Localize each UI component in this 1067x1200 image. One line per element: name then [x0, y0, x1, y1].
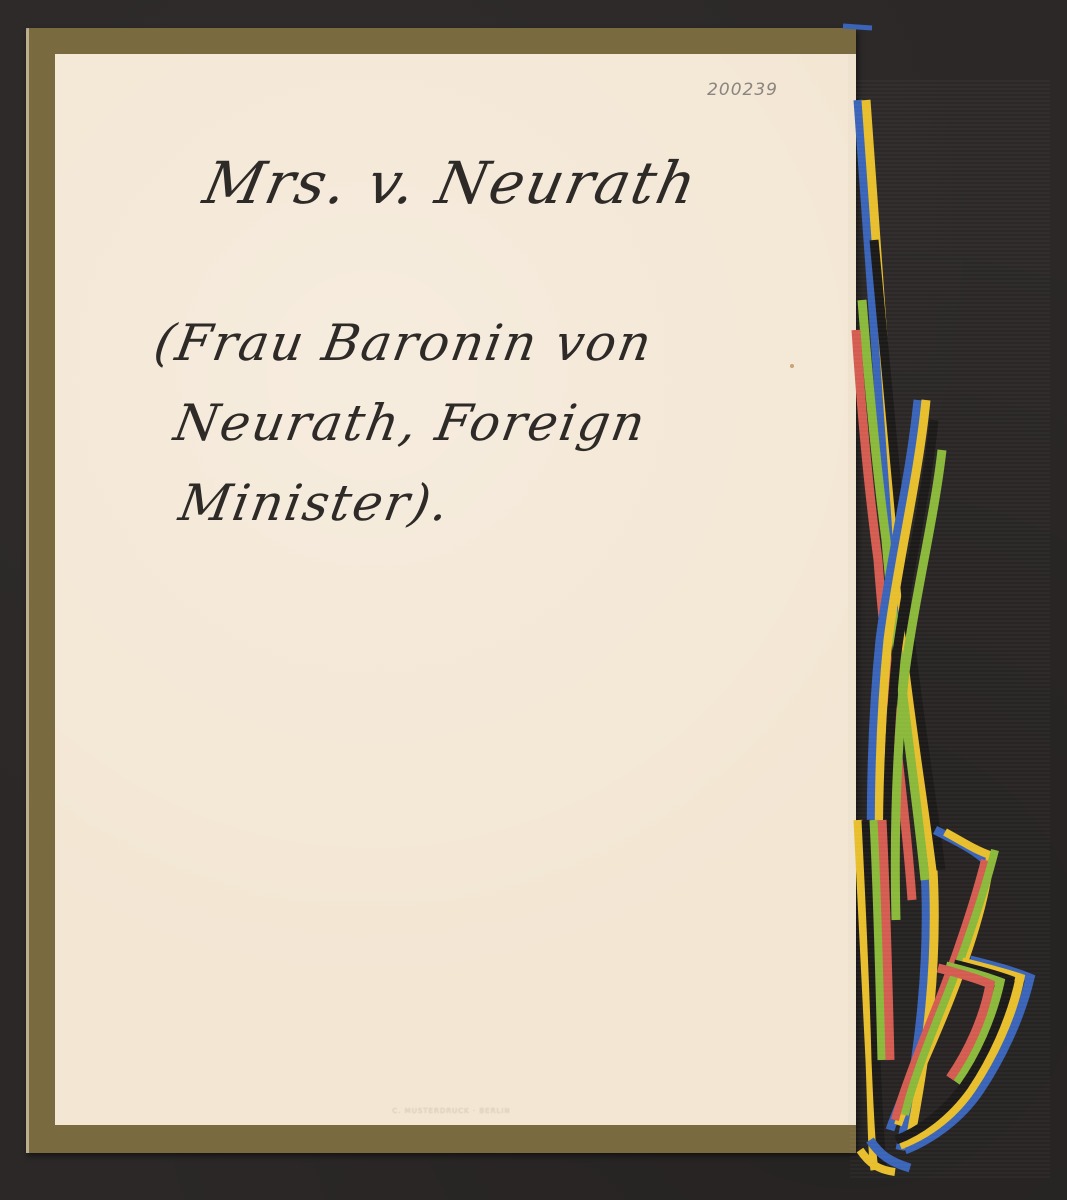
card-edge: [26, 28, 29, 1153]
handwritten-line-4: Minister).: [175, 474, 455, 532]
paper-stain: [790, 364, 794, 368]
handwritten-name: Mrs. v. Neurath: [198, 149, 704, 217]
menu-card: 200239 Mrs. v. Neurath (Frau Baronin von…: [26, 28, 856, 1153]
handwritten-line-2: (Frau Baronin von: [150, 314, 658, 372]
card-paper: 200239 Mrs. v. Neurath (Frau Baronin von…: [55, 54, 848, 1125]
printer-imprint: C. MUSTERDRUCK · BERLIN: [55, 1107, 848, 1115]
card-right-edge: [848, 54, 856, 1125]
archive-number: 200239: [707, 80, 778, 100]
handwritten-line-3: Neurath, Foreign: [170, 394, 651, 452]
